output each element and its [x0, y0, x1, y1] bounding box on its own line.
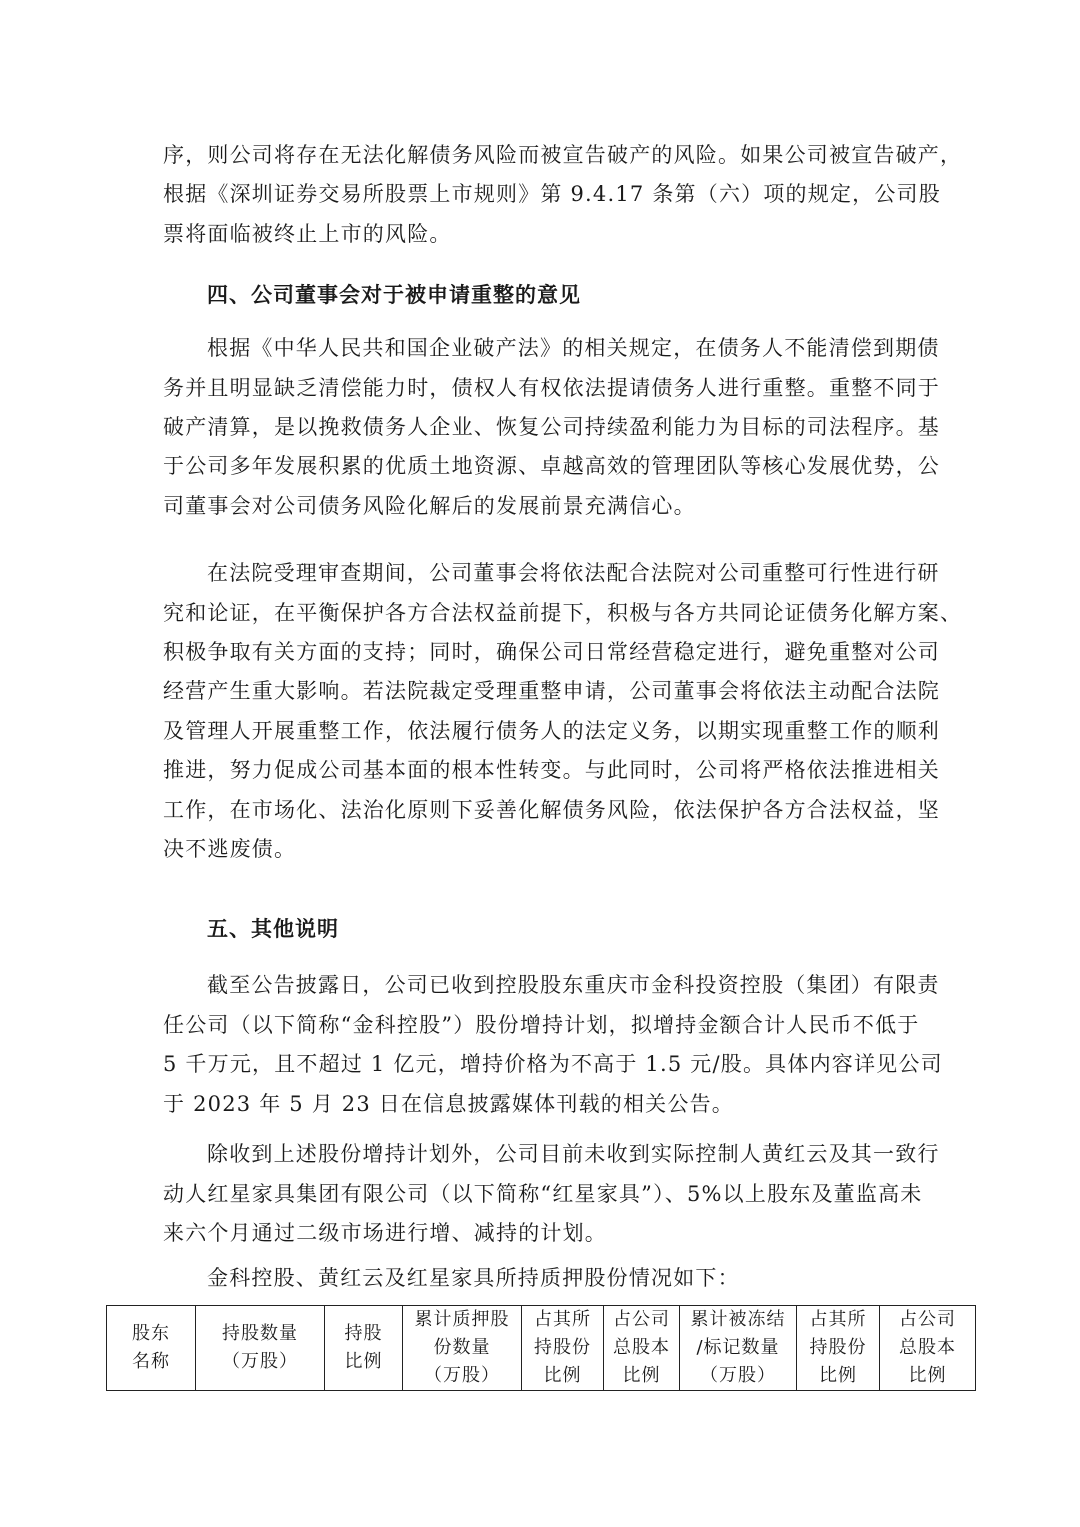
paragraph-line: 金科控股、黄红云及红星家具所持质押股份情况如下：: [207, 1264, 915, 1292]
section-heading: 四、公司董事会对于被申请重整的意见: [207, 281, 581, 309]
paragraph-line: 破产清算，是以挽救债务人企业、恢复公司持续盈利能力为目标的司法程序。基: [163, 413, 915, 441]
paragraph-line: 根据《深圳证券交易所股票上市规则》第 9.4.17 条第（六）项的规定，公司股: [163, 180, 915, 208]
paragraph-line: 推进，努力促成公司基本面的根本性转变。与此同时，公司将严格依法推进相关: [163, 756, 915, 784]
paragraph-line: 于 2023 年 5 月 23 日在信息披露媒体刊载的相关公告。: [163, 1090, 915, 1118]
header-pledged-pct-of-total: 占公司总股本比例: [604, 1306, 680, 1391]
paragraph-line: 务并且明显缺乏清偿能力时，债权人有权依法提请债务人进行重整。重整不同于: [163, 374, 915, 402]
paragraph-line: 及管理人开展重整工作，依法履行债务人的法定义务，以期实现重整工作的顺利: [163, 717, 915, 745]
header-pledged-shares: 累计质押股份数量（万股）: [403, 1306, 522, 1391]
header-shares-held: 持股数量（万股）: [196, 1306, 325, 1391]
paragraph-line: 决不逃废债。: [163, 835, 915, 863]
paragraph-line: 经营产生重大影响。若法院裁定受理重整申请，公司董事会将依法主动配合法院: [163, 677, 915, 705]
paragraph-line: 于公司多年发展积累的优质土地资源、卓越高效的管理团队等核心发展优势，公: [163, 452, 915, 480]
paragraph-line: 司董事会对公司债务风险化解后的发展前景充满信心。: [163, 492, 915, 520]
header-frozen-shares: 累计被冻结/标记数量（万股）: [680, 1306, 797, 1391]
paragraph-line: 序，则公司将存在无法化解债务风险而被宣告破产的风险。如果公司被宣告破产，: [163, 141, 915, 169]
table-header-row: 股东名称 持股数量（万股） 持股比例 累计质押股份数量（万股） 占其所持股份比例…: [107, 1306, 976, 1391]
paragraph-line: 在法院受理审查期间，公司董事会将依法配合法院对公司重整可行性进行研: [207, 559, 915, 587]
paragraph-line: 工作，在市场化、法治化原则下妥善化解债务风险，依法保护各方合法权益，坚: [163, 796, 915, 824]
header-pledged-pct-of-holding: 占其所持股份比例: [522, 1306, 604, 1391]
paragraph-line: 5 千万元，且不超过 1 亿元，增持价格为不高于 1.5 元/股。具体内容详见公…: [163, 1050, 915, 1078]
header-shareholder-name: 股东名称: [107, 1306, 196, 1391]
paragraph-line: 截至公告披露日，公司已收到控股股东重庆市金科投资控股（集团）有限责: [207, 971, 915, 999]
section-heading: 五、其他说明: [207, 915, 339, 943]
paragraph-line: 究和论证，在平衡保护各方合法权益前提下，积极与各方共同论证债务化解方案、: [163, 599, 915, 627]
paragraph-line: 动人红星家具集团有限公司（以下简称“红星家具”）、5%以上股东及董监高未: [163, 1180, 915, 1208]
paragraph-line: 除收到上述股份增持计划外，公司目前未收到实际控制人黄红云及其一致行: [207, 1140, 915, 1168]
header-frozen-pct-of-total: 占公司总股本比例: [880, 1306, 976, 1391]
header-frozen-pct-of-holding: 占其所持股份比例: [797, 1306, 880, 1391]
paragraph-line: 根据《中华人民共和国企业破产法》的相关规定，在债务人不能清偿到期债: [207, 334, 915, 362]
paragraph-line: 积极争取有关方面的支持；同时，确保公司日常经营稳定进行，避免重整对公司: [163, 638, 915, 666]
paragraph-line: 票将面临被终止上市的风险。: [163, 220, 915, 248]
header-holding-ratio: 持股比例: [325, 1306, 403, 1391]
pledged-shares-table: 股东名称 持股数量（万股） 持股比例 累计质押股份数量（万股） 占其所持股份比例…: [106, 1305, 976, 1391]
paragraph-line: 来六个月通过二级市场进行增、减持的计划。: [163, 1219, 915, 1247]
paragraph-line: 任公司（以下简称“金科控股”）股份增持计划，拟增持金额合计人民币不低于: [163, 1011, 915, 1039]
